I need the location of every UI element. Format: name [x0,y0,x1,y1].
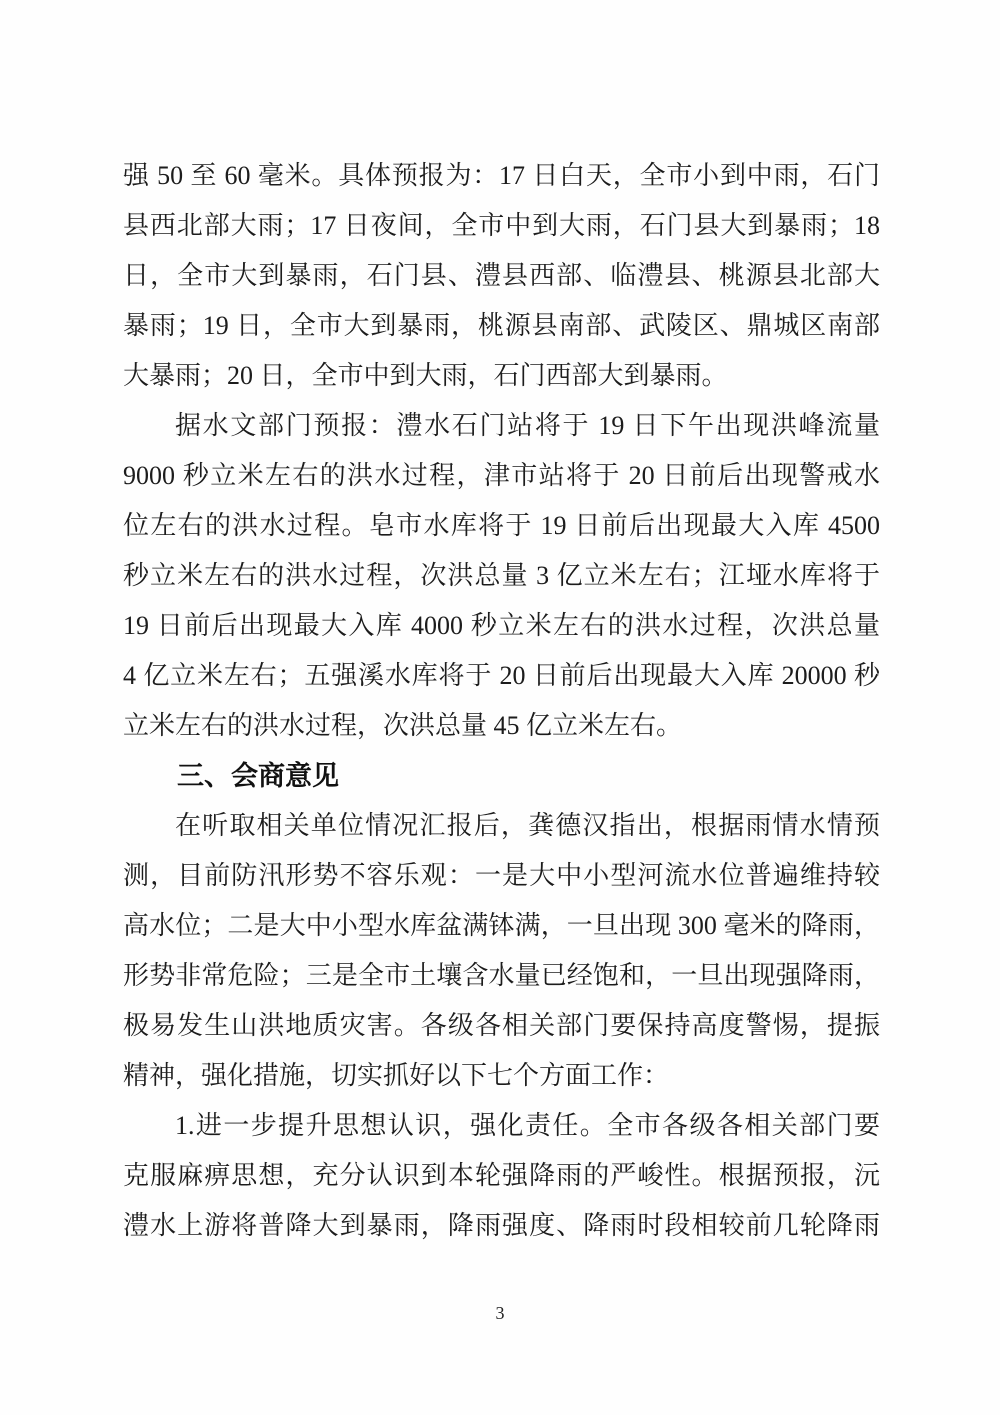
paragraph-line: 克服麻痹思想，充分认识到本轮强降雨的严峻性。根据预报，沅 [123,1151,880,1201]
paragraph-line: 澧水上游将普降大到暴雨，降雨强度、降雨时段相较前几轮降雨 [123,1201,880,1251]
paragraph-line: 秒立米左右的洪水过程，次洪总量 3 亿立米左右；江垭水库将于 [123,551,880,601]
paragraph-line: 19 日前后出现最大入库 4000 秒立米左右的洪水过程，次洪总量 [123,601,880,651]
paragraph-line: 暴雨；19 日，全市大到暴雨，桃源县南部、武陵区、鼎城区南部 [123,301,880,351]
section-heading: 三、会商意见 [123,751,880,801]
page-footer: 3 [0,1303,1000,1324]
paragraph-line: 1.进一步提升思想认识，强化责任。全市各级各相关部门要 [123,1101,880,1151]
paragraph-line: 据水文部门预报：澧水石门站将于 19 日下午出现洪峰流量 [123,401,880,451]
paragraph-line: 极易发生山洪地质灾害。各级各相关部门要保持高度警惕，提振 [123,1001,880,1051]
paragraph-line: 立米左右的洪水过程，次洪总量 45 亿立米左右。 [123,701,880,751]
paragraph-line: 形势非常危险；三是全市土壤含水量已经饱和，一旦出现强降雨， [123,951,880,1001]
paragraph-line: 日，全市大到暴雨，石门县、澧县西部、临澧县、桃源县北部大 [123,251,880,301]
paragraph-line: 大暴雨；20 日，全市中到大雨，石门西部大到暴雨。 [123,351,880,401]
paragraph-line: 4 亿立米左右；五强溪水库将于 20 日前后出现最大入库 20000 秒 [123,651,880,701]
paragraph-line: 精神，强化措施，切实抓好以下七个方面工作： [123,1051,880,1101]
paragraph-line: 9000 秒立米左右的洪水过程，津市站将于 20 日前后出现警戒水 [123,451,880,501]
paragraph-line: 位左右的洪水过程。皂市水库将于 19 日前后出现最大入库 4500 [123,501,880,551]
paragraph-line: 在听取相关单位情况汇报后，龚德汉指出，根据雨情水情预 [123,801,880,851]
document-body: 强 50 至 60 毫米。具体预报为：17 日白天，全市小到中雨，石门 县西北部… [123,151,880,1251]
paragraph-line: 高水位；二是大中小型水库盆满钵满，一旦出现 300 毫米的降雨， [123,901,880,951]
paragraph-line: 强 50 至 60 毫米。具体预报为：17 日白天，全市小到中雨，石门 [123,151,880,201]
paragraph-line: 县西北部大雨；17 日夜间，全市中到大雨，石门县大到暴雨；18 [123,201,880,251]
document-page: 强 50 至 60 毫米。具体预报为：17 日白天，全市小到中雨，石门 县西北部… [0,0,1000,1415]
paragraph-line: 测，目前防汛形势不容乐观：一是大中小型河流水位普遍维持较 [123,851,880,901]
page-number: 3 [496,1303,505,1323]
